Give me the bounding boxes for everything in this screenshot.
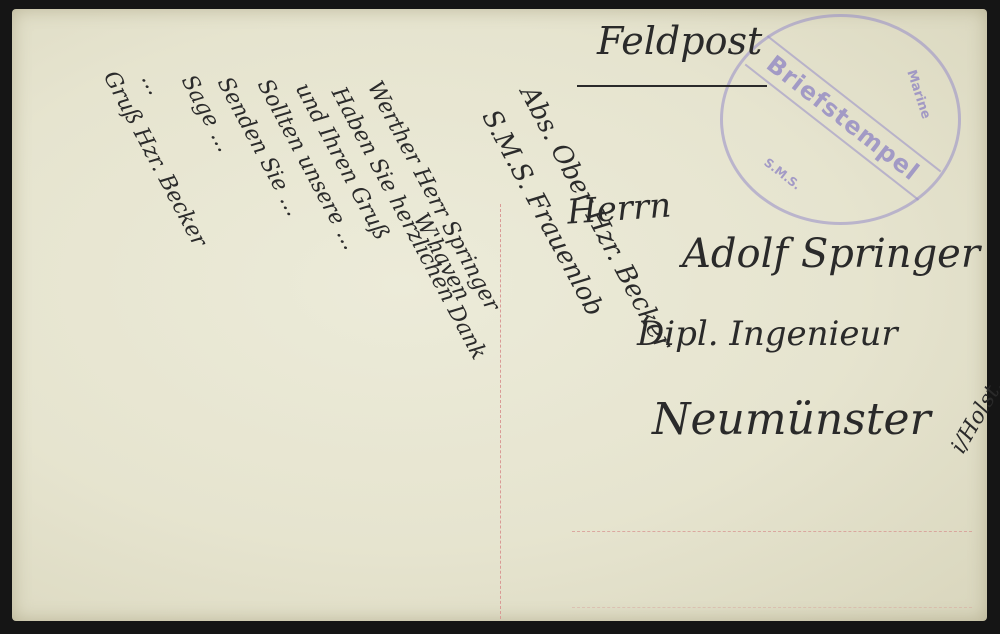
stamp-top-text: Marine bbox=[904, 68, 934, 121]
feldpost-heading: Feldpost bbox=[597, 19, 762, 63]
address-line bbox=[572, 607, 972, 608]
center-divider-line bbox=[500, 204, 501, 619]
feldpost-underline bbox=[577, 85, 767, 87]
postcard: Marine Briefstempel S.M.S. Feldpost Herr… bbox=[12, 9, 987, 621]
message-line: ... bbox=[136, 69, 168, 99]
address-city: Neumünster bbox=[652, 394, 931, 445]
address-title: Dipl. Ingenieur bbox=[637, 314, 898, 354]
stamp-bottom-text: S.M.S. bbox=[761, 155, 803, 192]
address-region: i/Holst. bbox=[946, 375, 1000, 458]
address-name: Adolf Springer bbox=[682, 231, 980, 277]
address-line bbox=[572, 531, 972, 532]
